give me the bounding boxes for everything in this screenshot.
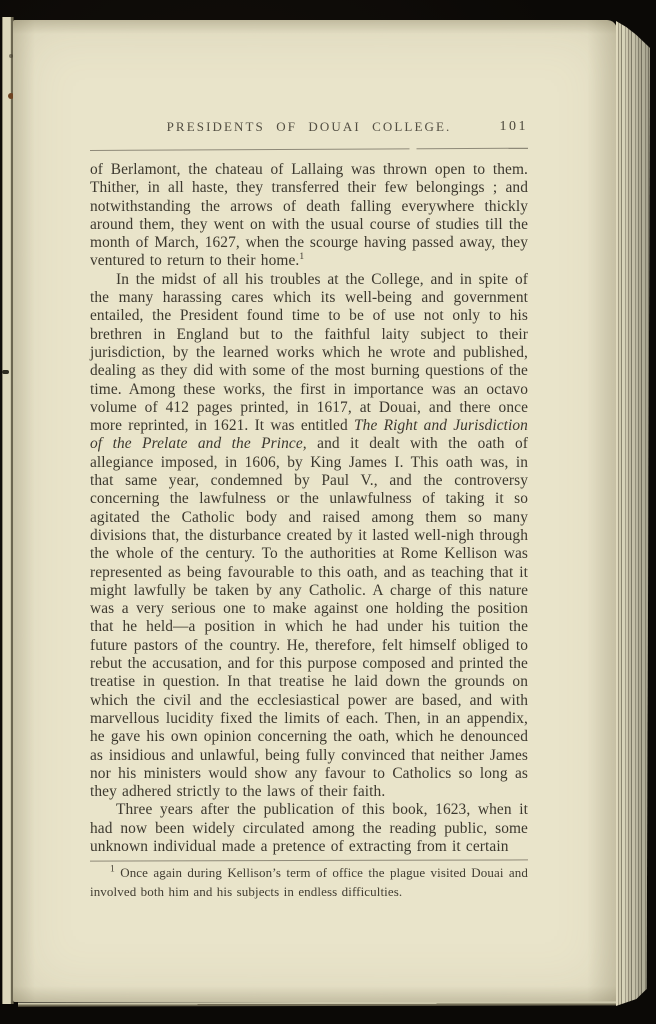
paragraph-2-text-before-title: In the midst of all his troubles at the … <box>90 271 528 434</box>
page-number: 101 <box>500 119 529 135</box>
paragraph-3-text: Three years after the publication of thi… <box>90 801 528 855</box>
running-head: PRESIDENTS OF DOUAI COLLEGE. 101 <box>90 119 528 135</box>
scan-speck <box>2 370 9 374</box>
paragraph-3: Three years after the publication of thi… <box>90 801 528 856</box>
footnote-reference: 1 <box>299 252 304 262</box>
running-head-title: PRESIDENTS OF DOUAI COLLEGE. <box>90 119 528 135</box>
footnote-rule <box>90 860 528 862</box>
book-scan-scene: PRESIDENTS OF DOUAI COLLEGE. 101 of Berl… <box>0 0 656 1024</box>
page-stack-fore-edge <box>616 21 650 1007</box>
footnote: 1 Once again during Kellison’s term of o… <box>90 864 528 902</box>
book-page: PRESIDENTS OF DOUAI COLLEGE. 101 of Berl… <box>13 20 617 1002</box>
page-body: of Berlamont, the chateau of Lallaing wa… <box>90 161 528 902</box>
header-rule <box>90 148 528 151</box>
paragraph-1-text: of Berlamont, the chateau of Lallaing wa… <box>90 161 528 269</box>
footnote-marker: 1 <box>110 865 115 875</box>
footnote-text: Once again during Kellison’s term of off… <box>90 865 528 899</box>
paragraph-2-text-after-title: and it dealt with the oath of allegiance… <box>90 435 528 800</box>
bottom-page-edge <box>18 1001 616 1006</box>
paragraph-2: In the midst of all his troubles at the … <box>90 271 528 802</box>
paragraph-1: of Berlamont, the chateau of Lallaing wa… <box>90 161 528 271</box>
